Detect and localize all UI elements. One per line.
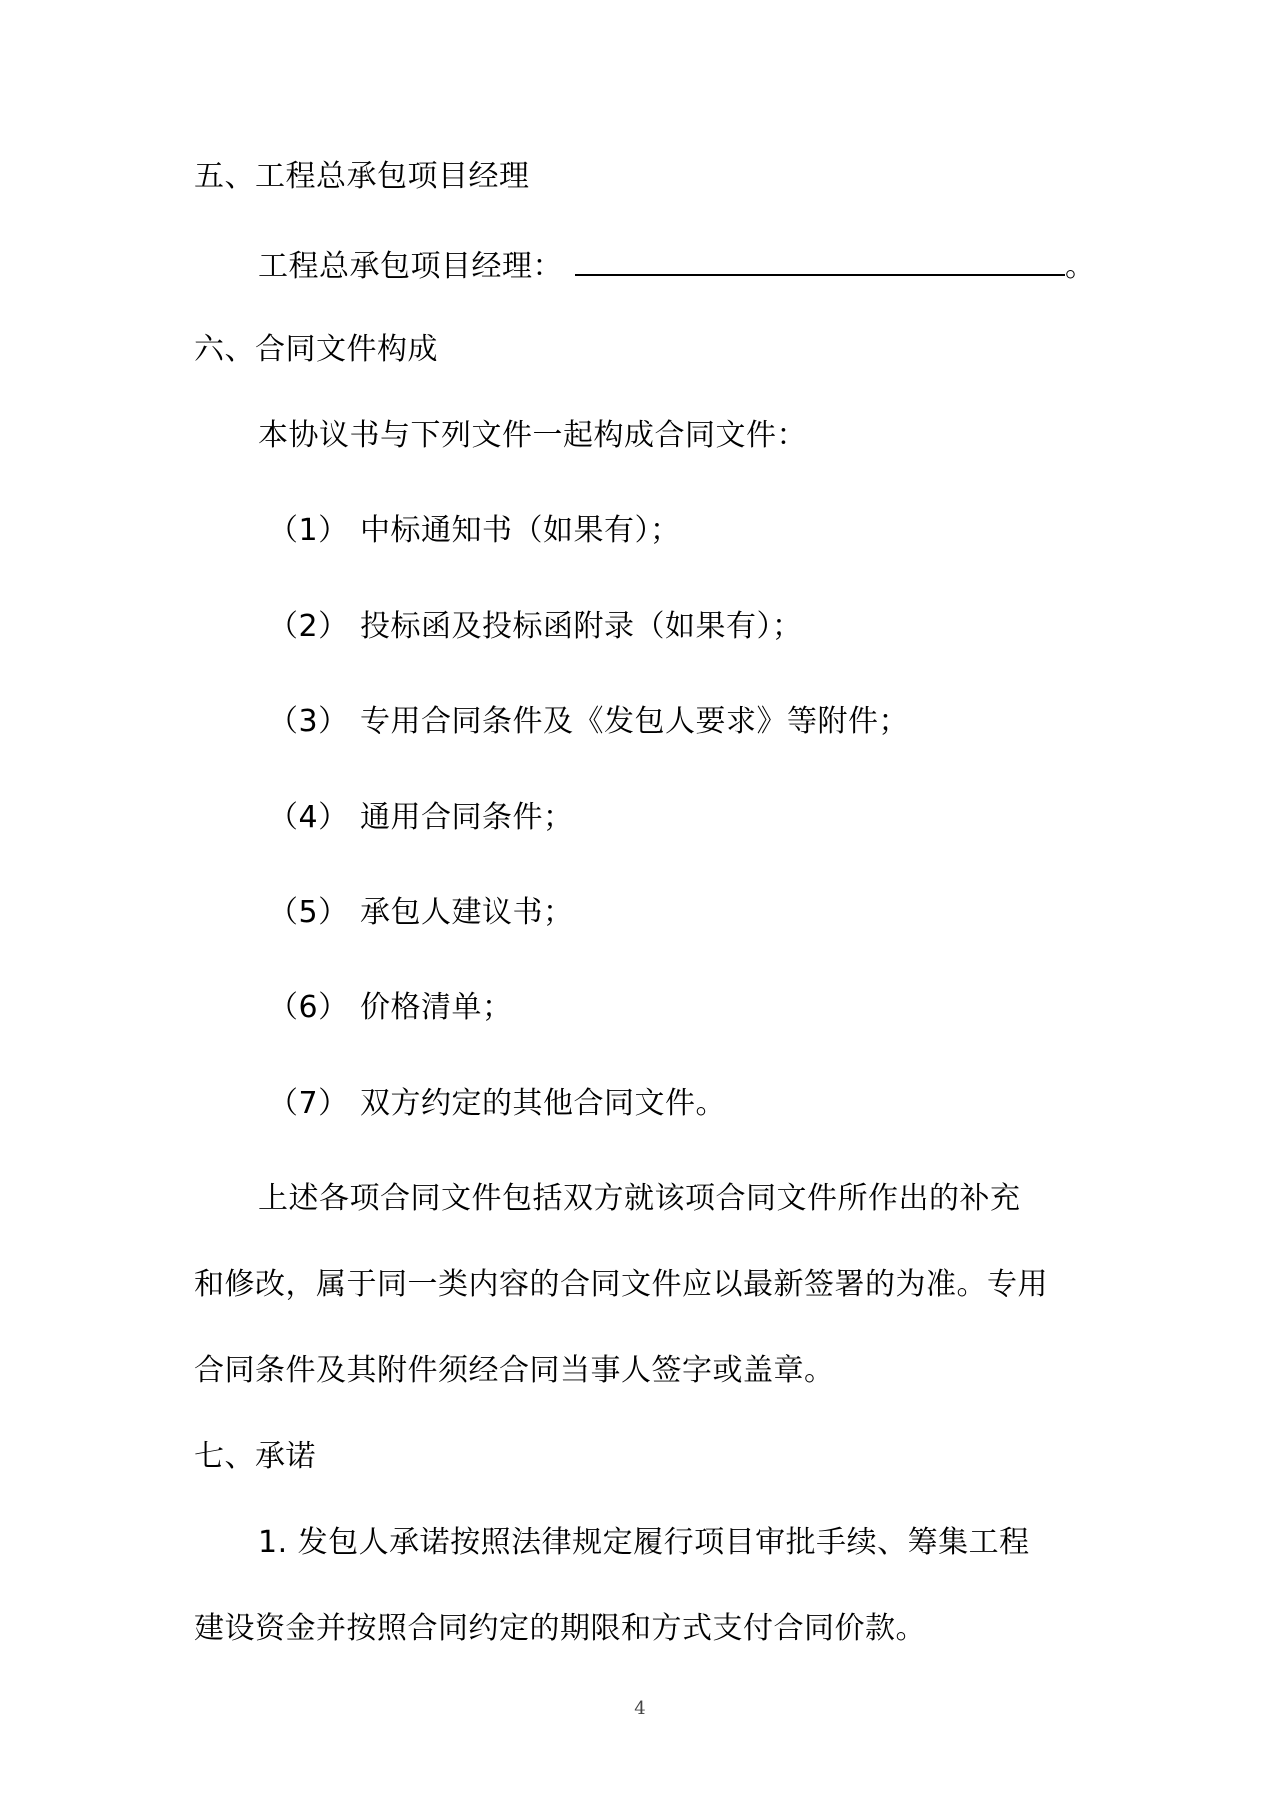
section-7-heading: 七、承诺 — [194, 1437, 316, 1477]
list-item: （6）价格清单； — [268, 988, 513, 1028]
project-manager-end: 。 — [1065, 249, 1096, 284]
paragraph-line: 上述各项合同文件包括双方就该项合同文件所作出的补充 — [258, 1179, 1021, 1219]
list-item: （5）承包人建议书； — [268, 893, 574, 933]
project-manager-field: 工程总承包项目经理：。 — [258, 244, 1096, 287]
list-item-number: （7） — [268, 1084, 360, 1124]
section-5-heading: 五、工程总承包项目经理 — [194, 157, 530, 197]
list-item-number: （1） — [268, 511, 360, 551]
paragraph-line: 合同条件及其附件须经合同当事人签字或盖章。 — [194, 1351, 835, 1391]
list-item: （2）投标函及投标函附录（如果有）； — [268, 607, 803, 647]
list-item-number: （5） — [268, 893, 360, 933]
list-item-number: （6） — [268, 988, 360, 1028]
promise-line: 1. 发包人承诺按照法律规定履行项目审批手续、筹集工程 — [258, 1523, 1030, 1563]
list-item-number: （4） — [268, 798, 360, 838]
section-6-heading: 六、合同文件构成 — [194, 330, 438, 370]
paragraph-line: 和修改，属于同一类内容的合同文件应以最新签署的为准。专用 — [194, 1265, 1048, 1305]
list-item-text: 承包人建议书； — [360, 895, 574, 930]
list-item-number: （3） — [268, 702, 360, 742]
promise-line: 建设资金并按照合同约定的期限和方式支付合同价款。 — [194, 1609, 926, 1649]
list-item: （3）专用合同条件及《发包人要求》等附件； — [268, 702, 909, 742]
list-item-text: 双方约定的其他合同文件。 — [360, 1086, 726, 1121]
list-item-text: 通用合同条件； — [360, 800, 574, 835]
list-item: （1）中标通知书（如果有）； — [268, 511, 681, 551]
list-item-text: 中标通知书（如果有）； — [360, 513, 681, 548]
list-item-text: 投标函及投标函附录（如果有）； — [360, 609, 803, 644]
list-item-number: （2） — [268, 607, 360, 647]
project-manager-blank[interactable] — [575, 244, 1065, 276]
list-item-text: 专用合同条件及《发包人要求》等附件； — [360, 704, 909, 739]
project-manager-label: 工程总承包项目经理： — [258, 249, 563, 284]
list-item-text: 价格清单； — [360, 990, 513, 1025]
list-item: （4）通用合同条件； — [268, 798, 574, 838]
list-item: （7）双方约定的其他合同文件。 — [268, 1084, 726, 1124]
section-6-intro: 本协议书与下列文件一起构成合同文件： — [258, 416, 807, 456]
page-number: 4 — [0, 1698, 1280, 1719]
